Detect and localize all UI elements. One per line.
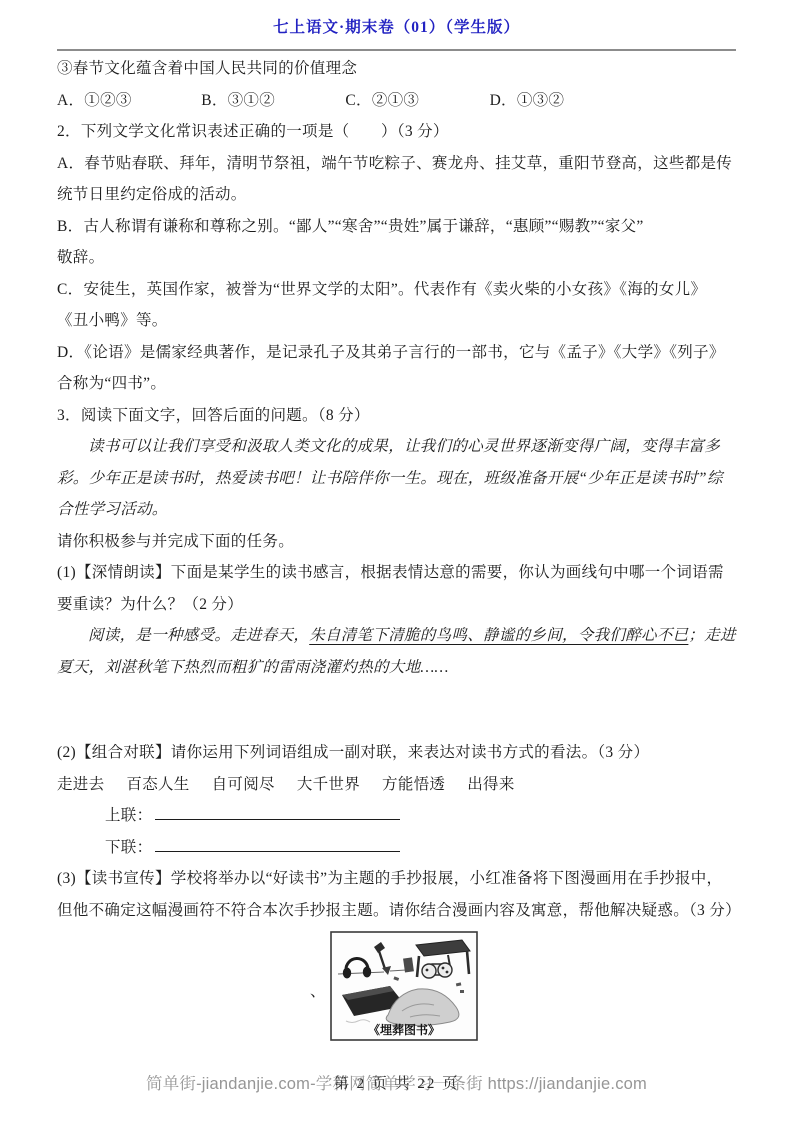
couplet-upper-label: 上联： — [105, 807, 152, 824]
word-item: 自可阅尽 — [212, 769, 275, 801]
q2-option-b-line2: 敬辞。 — [57, 242, 736, 274]
stray-punctuation: 、 — [310, 979, 326, 1001]
couplet-lower-blank — [155, 834, 400, 852]
word-item: 大千世界 — [297, 769, 360, 801]
q2-stem: 2．下列文学文化常识表述正确的一项是（ ）（3 分） — [57, 116, 736, 148]
q3-passage-line1: 读书可以让我们享受和汲取人类文化的成果，让我们的心灵世界逐渐变得广阔，变得丰富多 — [57, 431, 736, 463]
task1-quote-line1: 阅读，是一种感受。走进春天，朱自清笔下清脆的鸟鸣、静谧的乡间，令我们醉心不已；走… — [57, 620, 736, 652]
q1-options-row: A．①②③ B．③①② C．②①③ D．①③② — [57, 85, 736, 117]
couplet-upper-blank — [155, 802, 400, 820]
q1-item3: ③春节文化蕴含着中国人民共同的价值理念 — [57, 53, 736, 85]
burying-books-cartoon: 《埋葬图书》 — [330, 931, 478, 1041]
q2-option-c-line1: C．安徒生，英国作家，被誉为“世界文学的太阳”。代表作有《卖火柴的小女孩》《海的… — [57, 274, 736, 306]
task1-quote-line2: 夏天，刘湛秋笔下热烈而粗犷的雷雨浇灌灼热的大地…… — [57, 652, 736, 684]
q3-stem: 3．阅读下面文字，回答后面的问题。（8 分） — [57, 400, 736, 432]
couplet-upper-row: 上联： — [105, 800, 736, 832]
quote-underlined-segment: 朱自清笔下清脆的鸟鸣、静谧的乡间，令我们醉心不已 — [309, 627, 688, 644]
quote-pre: 阅读，是一种感受。走进春天， — [88, 627, 309, 644]
q3-passage-line3: 合性学习活动。 — [57, 494, 736, 526]
quote-post: ；走进 — [688, 627, 735, 644]
q2-option-a-line2: 统节日里约定俗成的活动。 — [57, 179, 736, 211]
task2-line1: (2)【组合对联】请你运用下列词语组成一副对联，来表达对读书方式的看法。（3 分… — [57, 737, 736, 769]
exam-page: 七上语文·期末卷（01）（学生版） ③春节文化蕴含着中国人民共同的价值理念 A．… — [0, 0, 793, 1122]
page-content: ③春节文化蕴含着中国人民共同的价值理念 A．①②③ B．③①② C．②①③ D．… — [57, 51, 736, 1041]
task3-line1: (3)【读书宣传】学校将举办以“好读书”为主题的手抄报展，小红准备将下图漫画用在… — [57, 863, 736, 895]
q1-option-b: B．③①② — [201, 85, 341, 117]
word-item: 方能悟透 — [382, 769, 445, 801]
word-item: 出得来 — [467, 769, 514, 801]
page-footer: 简单街-jiandanjie.com-学科网简单学习一条街 https://ji… — [0, 1063, 793, 1101]
page-title: 七上语文·期末卷（01）（学生版） — [0, 0, 793, 37]
page-number: 第 2 页 共 22 页 — [334, 1072, 459, 1093]
q2-option-b-line1: B．古人称谓有谦称和尊称之别。“鄙人”“寒舍”“贵姓”属于谦辞，“惠顾”“赐教”… — [57, 211, 736, 243]
cartoon-caption: 《埋葬图书》 — [368, 1022, 440, 1037]
q1-option-a: A．①②③ — [57, 85, 197, 117]
q2-option-c-line2: 《丑小鸭》等。 — [57, 305, 736, 337]
task2-word-bank: 走进去 百态人生 自可阅尽 大千世界 方能悟透 出得来 — [57, 769, 736, 801]
task1-line2: 要重读？为什么？（2 分） — [57, 589, 736, 621]
couplet-lower-label: 下联： — [105, 839, 152, 856]
answer-space — [57, 683, 736, 737]
word-item: 走进去 — [57, 769, 104, 801]
q1-option-d: D．①③② — [490, 85, 565, 117]
q2-option-d-line2: 合称为“四书”。 — [57, 368, 736, 400]
word-item: 百态人生 — [126, 769, 189, 801]
q2-option-d-line1: D．《论语》是儒家经典著作，是记录孔子及其弟子言行的一部书，它与《孟子》《大学》… — [57, 337, 736, 369]
q2-option-a-line1: A．春节贴春联、拜年，清明节祭祖，端午节吃粽子、赛龙舟、挂艾草，重阳节登高，这些… — [57, 148, 736, 180]
task3-line2: 但他不确定这幅漫画符不符合本次手抄报主题。请你结合漫画内容及寓意，帮他解决疑惑。… — [57, 895, 736, 927]
q1-option-c: C．②①③ — [345, 85, 485, 117]
couplet-lower-row: 下联： — [105, 832, 736, 864]
q3-passage-line2: 彩。少年正是读书时，热爱读书吧！让书陪伴你一生。现在，班级准备开展“少年正是读书… — [57, 463, 736, 495]
q3-passage-line4: 请你积极参与并完成下面的任务。 — [57, 526, 736, 558]
cartoon-figure: 、 — [330, 931, 478, 1041]
task1-line1: (1)【深情朗读】下面是某学生的读书感言，根据表情达意的需要，你认为画线句中哪一… — [57, 557, 736, 589]
